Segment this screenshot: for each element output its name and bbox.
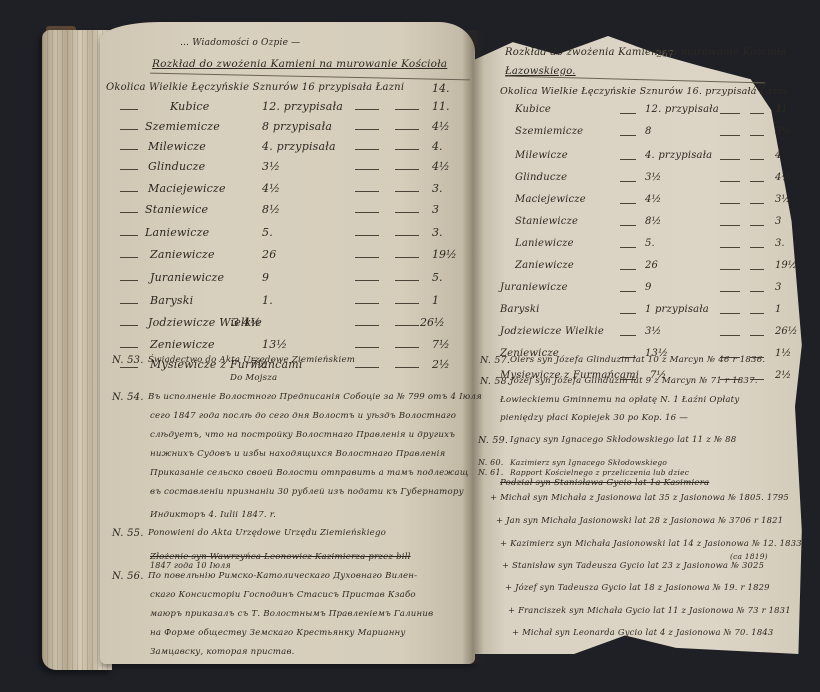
right-row-name: Milewicze (515, 150, 568, 161)
right-row-value: 19½ (775, 260, 797, 271)
leader-dash (750, 135, 764, 136)
leader-dash (620, 159, 636, 160)
right-page-title: Rozkład do zwożenia Kamieni na murowanie… (505, 47, 787, 58)
entry-text: нижнихъ Судовъ и избы находящихся Волост… (150, 449, 445, 459)
leader-dash (395, 169, 419, 170)
entry-text: Podział syn Stanisława Gycio lat 1a Kasi… (500, 478, 709, 488)
leader-dash (720, 181, 740, 182)
leader-dash (750, 113, 764, 114)
left-row-value: 11. (432, 100, 450, 113)
right-row-name: Baryski (500, 304, 540, 315)
left-page-title: Rozkład do zwożenia Kamieni na murowanie… (152, 58, 447, 70)
left-row-value: 1 (432, 294, 439, 307)
leader-dash (355, 303, 379, 304)
leader-dash (750, 225, 764, 226)
left-row-name: Staniewice (145, 203, 208, 216)
leader-dash (120, 303, 138, 304)
entry-number: N. 58. (480, 376, 510, 387)
leader-dash (395, 129, 419, 130)
right-row-mid: 3½ (645, 326, 661, 337)
leader-dash (720, 159, 740, 160)
leader-dash (355, 169, 379, 170)
leader-dash (620, 135, 636, 136)
leader-dash (395, 325, 419, 326)
left-row-name: Maciejewicze (148, 182, 226, 195)
left-row-value: 3. (432, 182, 443, 195)
entry-text: Замцавску, которая пристав. (150, 647, 295, 657)
entry-text: Ponowieni do Akta Urzędowe Urzędu Ziemie… (148, 528, 386, 538)
leader-dash (395, 280, 419, 281)
leader-dash (120, 347, 138, 348)
leader-dash (120, 325, 138, 326)
entry-text: Въ исполненіе Волостного Предписанія Соб… (148, 392, 482, 402)
leader-dash (395, 257, 419, 258)
leader-dash (395, 347, 419, 348)
right-row-mid: 5. (645, 238, 655, 249)
leader-dash (120, 191, 138, 192)
ledger-photograph: … Wiadomości o Ozpie — Rozkład do zwożen… (0, 0, 820, 692)
right-row-value: 3. (775, 238, 785, 249)
entry-text: Józef syn Józefa Glinduzin lat 9 z Marcy… (510, 376, 758, 386)
leader-dash (395, 191, 419, 192)
left-intro-line: Okolica Wielkie Łęczyńskie Sznurów 16 pr… (106, 82, 404, 93)
left-row-name: Zeniewicze (150, 338, 215, 351)
left-row-mid: 12. przypisała (262, 100, 343, 113)
entry-number: N. 59. (478, 435, 508, 446)
right-row-name: Glinducze (515, 172, 567, 183)
leader-dash (750, 335, 764, 336)
left-row-mid: 4. przypisała (262, 140, 336, 153)
entry-number: N. 53. (112, 355, 144, 366)
entry-text: скаго Консисторіи Господинъ Стасисъ Прис… (150, 590, 416, 600)
entry-text: По повелѣнію Римско-Католическаго Духовн… (148, 571, 417, 581)
right-row-mid: 8½ (645, 216, 661, 227)
leader-dash (355, 191, 379, 192)
right-row-mid: 4½ (645, 194, 661, 205)
right-row-mid: 12. przypisała (645, 104, 719, 115)
leader-dash (750, 247, 764, 248)
leader-dash (720, 269, 740, 270)
book-gutter (462, 30, 484, 664)
leader-dash (355, 325, 379, 326)
left-row-value: 26½ (420, 316, 445, 329)
left-row-mid: 8½ (262, 203, 280, 216)
entry-text: Do Mojsza (230, 373, 277, 383)
leader-dash (720, 135, 740, 136)
right-row-value: 3 (775, 216, 781, 227)
leader-dash (120, 280, 138, 281)
leader-dash (395, 109, 419, 110)
entry-text: Rapport Kościelnego z przeliczenia lub d… (510, 468, 689, 477)
leader-dash (620, 181, 636, 182)
leader-dash (355, 235, 379, 236)
leader-dash (620, 313, 636, 314)
leader-dash (355, 109, 379, 110)
leader-dash (120, 149, 138, 150)
entry-text: Индикторъ 4. Iulii 1847. r. (150, 510, 276, 520)
leader-dash (120, 257, 138, 258)
entry-number: N. 57. (480, 355, 510, 366)
right-row-name: Szemiemicze (515, 126, 583, 137)
leader-dash (355, 129, 379, 130)
left-row-value: 3 (432, 203, 439, 216)
leader-dash (395, 149, 419, 150)
left-row-value: 19½ (432, 248, 457, 261)
entry-text: сего 1847 года послѣ до сего дня Волостъ… (150, 411, 456, 421)
right-row-value: 3½ (775, 126, 791, 137)
birth-list-item: + Michał syn Michała z Jasionowa lat 35 … (490, 492, 789, 502)
right-row-value: 1½ (775, 348, 791, 359)
left-row-name: Glinducze (148, 160, 205, 173)
entry-text: слѣдуетъ, что на постройку Волостнаго Пр… (150, 430, 455, 440)
leader-dash (750, 203, 764, 204)
birth-list-item: + Kazimierz syn Michała Jasionowski lat … (500, 538, 802, 548)
right-row-value: 3½ (775, 194, 791, 205)
left-row-name: Szemiemicze (145, 120, 220, 133)
left-row-value: 3. (432, 226, 443, 239)
leader-dash (720, 203, 740, 204)
leader-dash (355, 257, 379, 258)
right-row-value: 4 (775, 150, 781, 161)
left-row-value: 4. (432, 140, 443, 153)
left-row-mid: 5. (262, 226, 273, 239)
leader-dash (395, 212, 419, 213)
right-row-mid: 1 przypisała (645, 304, 709, 315)
right-row-mid: 9 (645, 282, 652, 293)
leader-dash (355, 367, 379, 368)
left-row-name: Juraniewicze (150, 271, 224, 284)
left-row-name: Kubice (170, 100, 210, 113)
leader-dash (355, 212, 379, 213)
leader-dash (355, 149, 379, 150)
entry-text: на Форме обществу Земскаго Крестьянку Ма… (150, 628, 406, 638)
right-row-name: Laniewicze (515, 238, 574, 249)
left-row-mid: 8 przypisała (262, 120, 332, 133)
leader-dash (720, 313, 740, 314)
leader-dash (395, 367, 419, 368)
right-intro-line: Okolica Wielkie Łęczyńskie Sznurów 16. p… (500, 86, 787, 97)
leader-dash (750, 159, 764, 160)
entry-number: N. 55. (112, 528, 144, 539)
leader-dash (720, 113, 740, 114)
left-row-name: Zaniewicze (150, 248, 215, 261)
right-row-value: 26½ (775, 326, 797, 337)
entry-text: 1847 года 10 Іюля (150, 561, 231, 570)
right-row-name: Zaniewicze (515, 260, 574, 271)
birth-list-item: + Franciszek syn Michała Gycio lat 11 z … (508, 605, 791, 615)
right-row-value: 11 (775, 104, 788, 115)
left-row-value: 4½ (432, 160, 450, 173)
entry-number: N. 56. (112, 571, 144, 582)
leader-dash (355, 280, 379, 281)
birth-list-item: + Michał syn Leonarda Gycio lat 4 z Jasi… (512, 627, 773, 637)
left-row-value: 7½ (432, 338, 450, 351)
leader-dash (120, 212, 138, 213)
right-row-value: 2½ (775, 370, 791, 381)
entry-text: въ составленіи признаніи 30 рублей изъ п… (150, 487, 464, 497)
right-row-mid: 3½ (645, 172, 661, 183)
leader-dash (395, 303, 419, 304)
left-row-value: 5. (432, 271, 443, 284)
right-row-value: 3 (775, 282, 781, 293)
right-row-mid: 26 (645, 260, 658, 271)
leader-dash (750, 291, 764, 292)
leader-dash (120, 235, 138, 236)
entry-number: N. 61. (478, 468, 504, 477)
leader-dash (620, 113, 636, 114)
leader-dash (620, 291, 636, 292)
right-row-value: 1 (775, 304, 781, 315)
leader-dash (395, 235, 419, 236)
right-row-name: Maciejewicze (515, 194, 586, 205)
left-row-value: 2½ (432, 358, 450, 371)
left-row-mid: 4½ (262, 182, 280, 195)
left-header-note: … Wiadomości o Ozpie — (180, 38, 300, 48)
entry-text: pieniędzy płaci Kopiejek 30 po Kop. 16 — (500, 413, 688, 423)
left-row-mid: 3½ (262, 160, 280, 173)
leader-dash (620, 203, 636, 204)
leader-dash (355, 347, 379, 348)
leader-dash (120, 169, 138, 170)
entry-number: N. 54. (112, 392, 144, 403)
leader-dash (120, 109, 138, 110)
entry-text: Приказаніе сельско своей Волости отправи… (150, 468, 469, 478)
leader-dash (750, 181, 764, 182)
right-row-mid: 8 (645, 126, 652, 137)
birth-list-item: + Stanisław syn Tadeusza Gycio lat 23 z … (502, 560, 764, 570)
right-row-name: Staniewicze (515, 216, 578, 227)
left-row-name: Laniewicze (145, 226, 209, 239)
left-row-mid: 3 4½ (232, 316, 261, 329)
entry-text: Kazimierz syn Ignacego Skłodowskiego (510, 458, 667, 467)
left-row-name: Milewicze (148, 140, 206, 153)
entry-text: Ignacy syn Ignacego Skłodowskiego lat 11… (510, 435, 736, 445)
left-row-value: 4½ (432, 120, 450, 133)
entry-text: Łowieckiemu Gminnemu na opłatę N. 1 Łaźn… (500, 395, 739, 405)
leader-dash (750, 313, 764, 314)
entry-text: маюръ приказалъ съ Т. Волостнымъ Правлен… (150, 609, 433, 619)
leader-dash (720, 225, 740, 226)
left-intro-value: 14. (432, 82, 450, 95)
leader-dash (620, 247, 636, 248)
right-row-name: Kubice (515, 104, 551, 115)
leader-dash (120, 129, 138, 130)
leader-dash (620, 335, 636, 336)
leader-dash (720, 291, 740, 292)
leader-dash (720, 335, 740, 336)
left-row-mid: 9 (262, 271, 269, 284)
left-row-name: Baryski (150, 294, 193, 307)
left-row-mid: 1. (262, 294, 273, 307)
right-row-name: Juraniewicze (500, 282, 568, 293)
right-row-mid: 4. przypisała (645, 150, 712, 161)
leader-dash (620, 269, 636, 270)
right-row-name: Jodziewicze Wielkie (500, 326, 604, 337)
birth-list-item: + Jan syn Michała Jasionowski lat 28 z J… (496, 515, 783, 525)
left-row-mid: 26 (262, 248, 276, 261)
leader-dash (750, 269, 764, 270)
birth-list-item: + Józef syn Tadeusza Gycio lat 18 z Jasi… (505, 582, 770, 592)
right-row-value: 4½ (775, 172, 791, 183)
leader-dash (620, 225, 636, 226)
entry-text: Świadectwo do Akta Urzędowe Ziemieńskiem (148, 355, 355, 365)
left-row-mid: 13½ (262, 338, 287, 351)
leader-dash (720, 247, 740, 248)
entry-number: N. 60. (478, 458, 504, 467)
entry-text: Olers syn Józefa Glinduzin lat 10 z Marc… (510, 355, 765, 365)
leader-dash (120, 367, 138, 368)
